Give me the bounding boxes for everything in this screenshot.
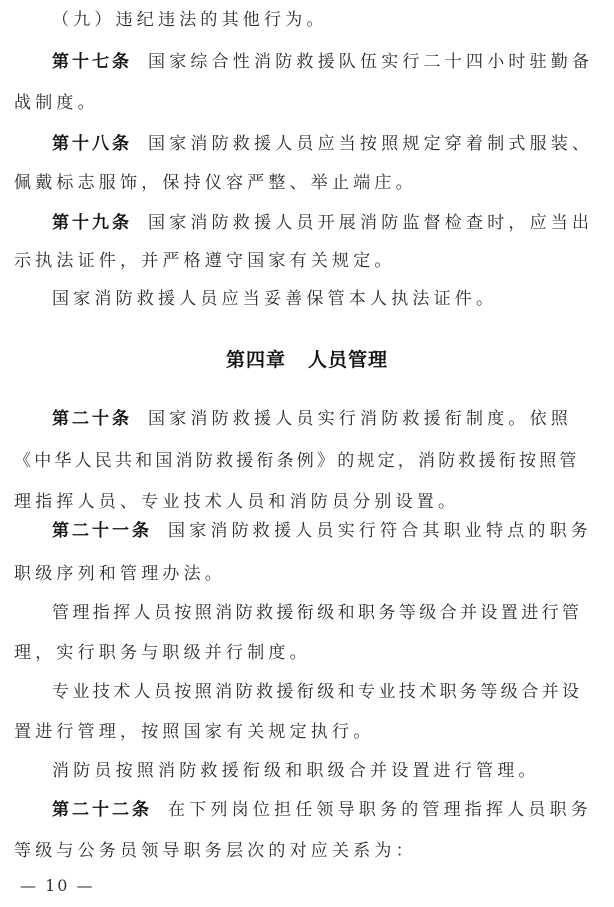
paragraph-line: 专业技术人员按照消防救援衔级和专业技术职务等级合并设 — [52, 681, 614, 703]
article-text: 国家消防救援人员开展消防监督检查时，应当出 — [148, 213, 593, 233]
article-text: 战制度。 — [14, 93, 99, 113]
clause-text: （九）违纪违法的其他行为。 — [52, 10, 328, 30]
article-number: 第十八条 — [52, 134, 132, 154]
paragraph-line: 第二十二条在下列岗位担任领导职务的管理指挥人员职务 — [52, 799, 614, 821]
paragraph-line: 管理指挥人员按照消防救援衔级和职务等级合并设置进行管 — [52, 602, 614, 624]
chapter-heading: 第四章人员管理 — [0, 345, 614, 372]
article-text: 国家综合性消防救援队伍实行二十四小时驻勤备 — [148, 52, 593, 72]
document-page: （九）违纪违法的其他行为。 第十七条国家综合性消防救援队伍实行二十四小时驻勤备 … — [0, 0, 614, 907]
article-number: 第十七条 — [52, 52, 132, 72]
paragraph-line: 第十七条国家综合性消防救援队伍实行二十四小时驻勤备 — [52, 51, 614, 73]
paragraph-line: 等级与公务员领导职务层次的对应关系为： — [14, 840, 604, 862]
article-text: 职级序列和管理办法。 — [14, 564, 226, 584]
article-text: 国家消防救援人员实行消防救援衔制度。依照 — [148, 409, 572, 429]
paragraph-line: 置进行管理，按照国家有关规定执行。 — [14, 721, 604, 743]
paragraph-line: 理，实行职务与职级并行制度。 — [14, 642, 604, 664]
paragraph-line: 消防员按照消防救援衔级和职级合并设置进行管理。 — [52, 760, 614, 782]
article-text: 理，实行职务与职级并行制度。 — [14, 643, 311, 663]
paragraph-line: 国家消防救援人员应当妥善保管本人执法证件。 — [52, 288, 614, 310]
article-text: 等级与公务员领导职务层次的对应关系为： — [14, 841, 417, 861]
paragraph-line: 第十八条国家消防救援人员应当按照规定穿着制式服装、 — [52, 133, 614, 155]
paragraph-line: 理指挥人员、专业技术人员和消防员分别设置。 — [14, 491, 604, 513]
article-text: 示执法证件，并严格遵守国家有关规定。 — [14, 251, 396, 271]
article-number: 第二十一条 — [52, 521, 152, 541]
page-number: — 10 — — [20, 876, 95, 895]
article-text: 专业技术人员按照消防救援衔级和专业技术职务等级合并设 — [52, 682, 582, 702]
paragraph-line: 战制度。 — [14, 92, 604, 114]
paragraph-line: 第十九条国家消防救援人员开展消防监督检查时，应当出 — [52, 212, 614, 234]
article-number: 第二十二条 — [52, 800, 152, 820]
article-text: 在下列岗位担任领导职务的管理指挥人员职务 — [168, 800, 592, 820]
article-number: 第十九条 — [52, 213, 132, 233]
article-text: 国家消防救援人员应当妥善保管本人执法证件。 — [52, 289, 497, 309]
article-number: 第二十条 — [52, 409, 132, 429]
paragraph-line: 佩戴标志服饰，保持仪容严整、举止端庄。 — [14, 172, 604, 194]
article-text: 国家消防救援人员应当按照规定穿着制式服装、 — [148, 134, 593, 154]
paragraph-line: 《中华人民共和国消防救援衔条例》的规定，消防救援衔按照管 — [14, 450, 604, 472]
chapter-title: 人员管理 — [308, 349, 388, 371]
article-text: 《中华人民共和国消防救援衔条例》的规定，消防救援衔按照管 — [14, 451, 580, 471]
paragraph-line: 第二十一条国家消防救援人员实行符合其职业特点的职务 — [52, 520, 614, 542]
paragraph-line: 职级序列和管理办法。 — [14, 563, 604, 585]
paragraph-line: 示执法证件，并严格遵守国家有关规定。 — [14, 250, 604, 272]
article-text: 佩戴标志服饰，保持仪容严整、举止端庄。 — [14, 173, 417, 193]
article-text: 管理指挥人员按照消防救援衔级和职务等级合并设置进行管 — [52, 603, 582, 623]
article-text: 理指挥人员、专业技术人员和消防员分别设置。 — [14, 492, 459, 512]
article-text: 消防员按照消防救援衔级和职级合并设置进行管理。 — [52, 761, 540, 781]
paragraph-line: 第二十条国家消防救援人员实行消防救援衔制度。依照 — [52, 408, 614, 430]
chapter-number: 第四章 — [226, 349, 286, 371]
paragraph-line: （九）违纪违法的其他行为。 — [52, 9, 614, 31]
article-text: 置进行管理，按照国家有关规定执行。 — [14, 722, 374, 742]
article-text: 国家消防救援人员实行符合其职业特点的职务 — [168, 521, 592, 541]
